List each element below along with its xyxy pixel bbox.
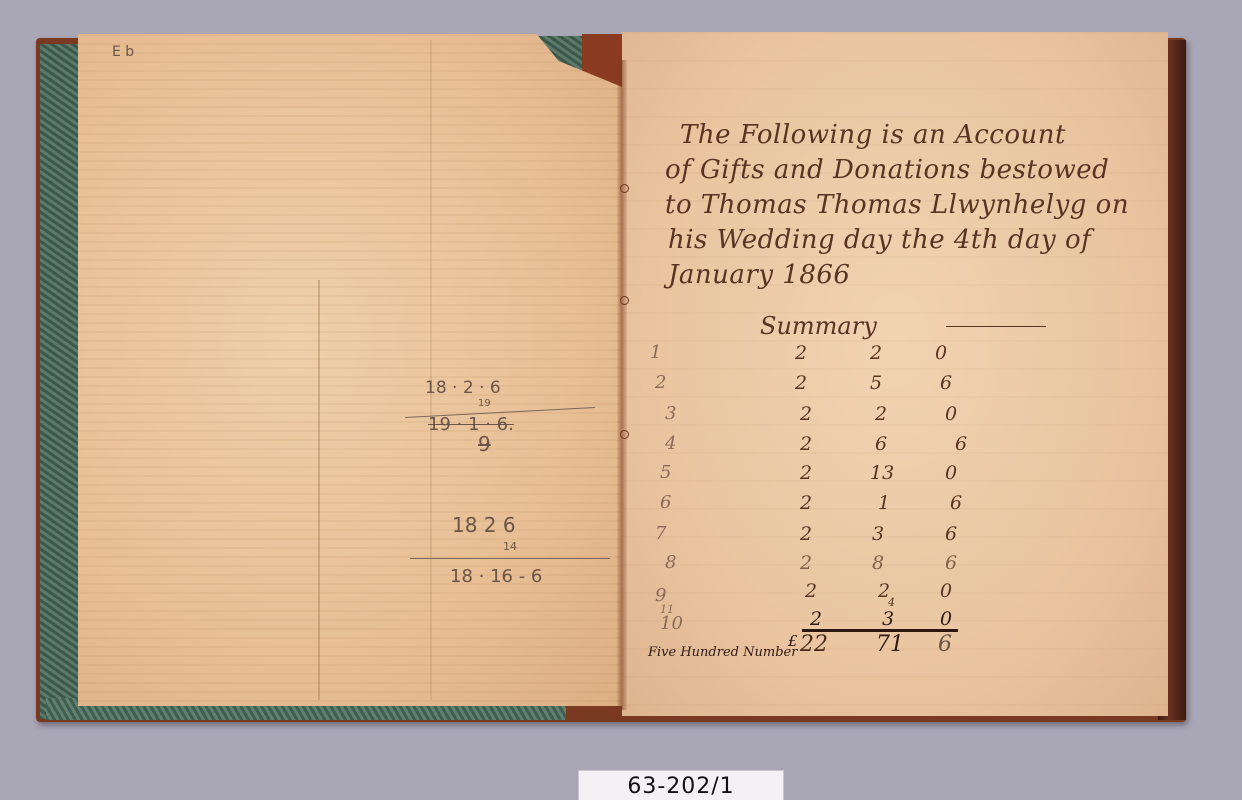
marbled-board-left (40, 44, 84, 719)
row-number: 5 (660, 462, 671, 483)
page-crease (318, 280, 320, 700)
summary-title: Summary (760, 312, 877, 340)
row-number: 1 (650, 342, 661, 363)
corner-mark: E b (112, 44, 134, 60)
row-number: 10 (660, 613, 683, 634)
calc-result: 19 · 1 · 6. (428, 414, 514, 435)
shillings: 13 (870, 462, 894, 484)
pounds: 2 (800, 552, 812, 574)
pence: 6 (950, 492, 962, 514)
heading-line: January 1866 (668, 260, 850, 290)
pounds: 2 (810, 608, 822, 630)
calc-carry: 19 (478, 398, 491, 409)
calc-result: 18 · 16 - 6 (450, 566, 542, 587)
calc-line: 18 2 6 (452, 513, 516, 537)
pence: 6 (940, 372, 952, 394)
pence: 6 (945, 523, 957, 545)
heading-line: to Thomas Thomas Llwynhelyg on (665, 190, 1129, 220)
pence: 0 (940, 580, 952, 602)
summary-rule (946, 326, 1046, 327)
pounds: 2 (800, 523, 812, 545)
accession-number: 63-202/1 (627, 774, 734, 799)
calc-line: 18 · 2 · 6 (425, 378, 501, 398)
row-number: 3 (665, 403, 676, 424)
pence: 0 (940, 608, 952, 630)
total-pence: 6 (938, 632, 952, 657)
shillings: 8 (872, 552, 884, 574)
accession-label: 63-202/1 (578, 770, 784, 800)
pence: 6 (945, 552, 957, 574)
shillings: 6 (875, 433, 887, 455)
left-page (78, 34, 624, 706)
pounds: 2 (800, 403, 812, 425)
total-shillings: 71 (876, 632, 904, 657)
shillings: 2 (870, 342, 882, 364)
calc-carry: 14 (503, 540, 517, 553)
pence: 6 (955, 433, 967, 455)
binding-stitch (620, 430, 629, 439)
pounds: 2 (805, 580, 817, 602)
currency-symbol: £ (788, 632, 798, 650)
heading-line: of Gifts and Donations bestowed (665, 155, 1109, 185)
row-number: 6 (660, 492, 671, 513)
heading-line: The Following is an Account (680, 120, 1066, 150)
calc-struck: 9 (478, 432, 491, 456)
pence: 0 (935, 342, 947, 364)
pounds: 2 (800, 462, 812, 484)
pence: 0 (945, 403, 957, 425)
shillings: 5 (870, 372, 882, 394)
shillings: 3 (872, 523, 884, 545)
row-number: 8 (665, 552, 676, 573)
gutter (617, 60, 627, 710)
row-number: 7 (655, 523, 666, 544)
pounds: 2 (795, 342, 807, 364)
shillings: 1 (878, 492, 890, 514)
pounds: 2 (800, 433, 812, 455)
total-pounds: 22 (800, 632, 828, 657)
row-number: 4 (665, 433, 676, 454)
row-number: 2 (655, 372, 666, 393)
calc-rule (410, 558, 610, 559)
shillings: 3 (882, 608, 894, 630)
page-crease (430, 40, 432, 700)
shillings: 2 (875, 403, 887, 425)
heading-line: his Wedding day the 4th day of (668, 225, 1091, 255)
pounds: 2 (795, 372, 807, 394)
pounds: 2 (800, 492, 812, 514)
binding-stitch (620, 296, 629, 305)
total-label: Five Hundred Number (648, 645, 797, 660)
pence: 0 (945, 462, 957, 484)
binding-stitch (620, 184, 629, 193)
